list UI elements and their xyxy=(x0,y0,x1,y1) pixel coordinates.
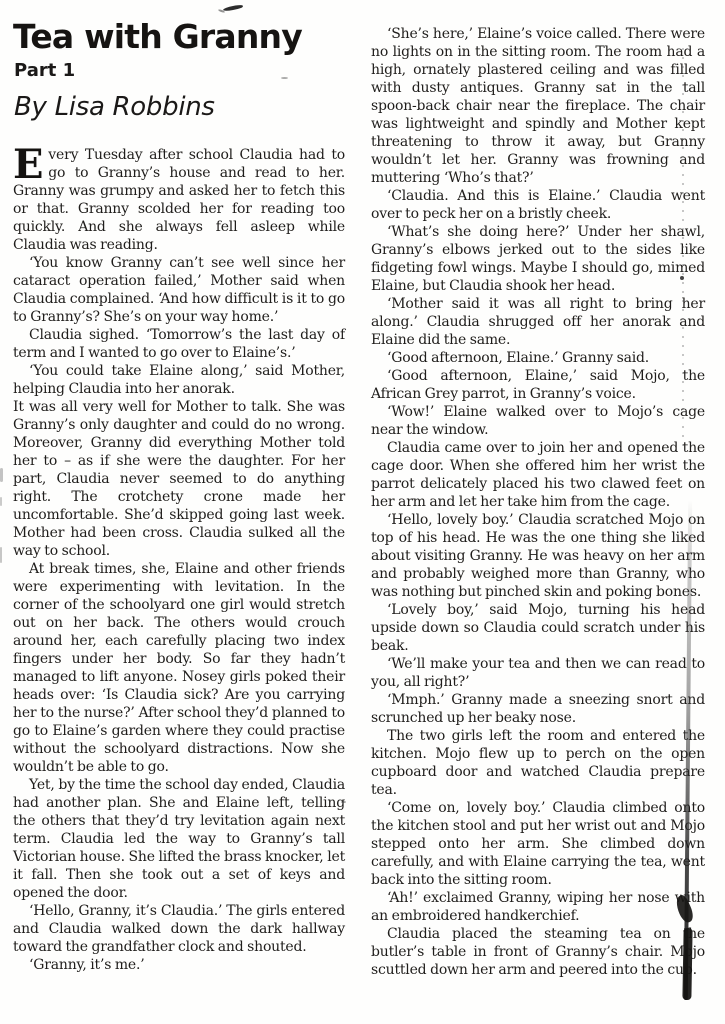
story-paragraph: Claudia came over to join her and opened… xyxy=(371,439,705,511)
story-paragraph: ‘Wow!’ Elaine walked over to Mojo’s cage… xyxy=(371,403,705,439)
scan-artifact-top-dash xyxy=(223,4,243,11)
story-paragraph: ‘Ah!’ exclaimed Granny, wiping her nose … xyxy=(371,889,705,925)
story-paragraph: ‘Good afternoon, Elaine.’ Granny said. xyxy=(371,349,705,367)
story-paragraph: ‘Lovely boy,’ said Mojo, turning his hea… xyxy=(371,601,705,655)
story-paragraph: ‘Granny, it’s me.’ xyxy=(13,956,345,974)
story-column-left: Every Tuesday after school Claudia had t… xyxy=(13,146,345,974)
story-paragraph: ‘We’ll make your tea and then we can rea… xyxy=(371,655,705,691)
scanned-story-page: Tea with Granny Part 1 By Lisa Robbins E… xyxy=(0,0,725,1024)
story-paragraph: ‘Good afternoon, Elaine,’ said Mojo, the… xyxy=(371,367,705,403)
drop-cap: E xyxy=(13,149,43,180)
story-paragraph: ‘She’s here,’ Elaine’s voice called. The… xyxy=(371,25,705,187)
story-paragraph: ‘Hello, lovely boy.’ Claudia scratched M… xyxy=(371,511,705,601)
author-byline: By Lisa Robbins xyxy=(14,90,353,124)
scan-artifact-top-dash-tail xyxy=(218,9,225,13)
story-paragraph: Claudia sighed. ‘Tomorrow’s the last day… xyxy=(13,326,345,362)
story-paragraph: At break times, she, Elaine and other fr… xyxy=(13,560,345,776)
story-paragraph: ‘You know Granny can’t see well since he… xyxy=(13,254,345,326)
story-paragraph: ‘You could take Elaine along,’ said Moth… xyxy=(13,362,345,398)
story-paragraph: Every Tuesday after school Claudia had t… xyxy=(13,146,345,254)
scan-artifact-left-tick xyxy=(0,547,2,563)
page-title: Tea with Granny xyxy=(13,18,353,56)
story-paragraph: It was all very well for Mother to talk.… xyxy=(13,398,345,560)
story-paragraph: Yet, by the time the school day ended, C… xyxy=(13,776,345,902)
story-paragraph: ‘What’s she doing here?’ Under her shawl… xyxy=(371,223,705,295)
heading-block: Tea with Granny Part 1 By Lisa Robbins xyxy=(13,18,353,124)
story-paragraph: Claudia placed the steaming tea on the b… xyxy=(371,925,705,979)
story-paragraph: ‘Claudia. And this is Elaine.’ Claudia w… xyxy=(371,187,705,223)
story-column-right: ‘She’s here,’ Elaine’s voice called. The… xyxy=(371,25,705,979)
scan-artifact-left-tick xyxy=(0,468,3,482)
story-paragraph: ‘Come on, lovely boy.’ Claudia climbed o… xyxy=(371,799,705,889)
story-paragraph: ‘Mmph.’ Granny made a sneezing snort and… xyxy=(371,691,705,727)
scan-artifact-left-tick xyxy=(0,497,2,506)
story-paragraph: ‘Mother said it was all right to bring h… xyxy=(371,295,705,349)
story-paragraph: The two girls left the room and entered … xyxy=(371,727,705,799)
part-subtitle: Part 1 xyxy=(14,59,353,83)
story-paragraph: ‘Hello, Granny, it’s Claudia.’ The girls… xyxy=(13,902,345,956)
